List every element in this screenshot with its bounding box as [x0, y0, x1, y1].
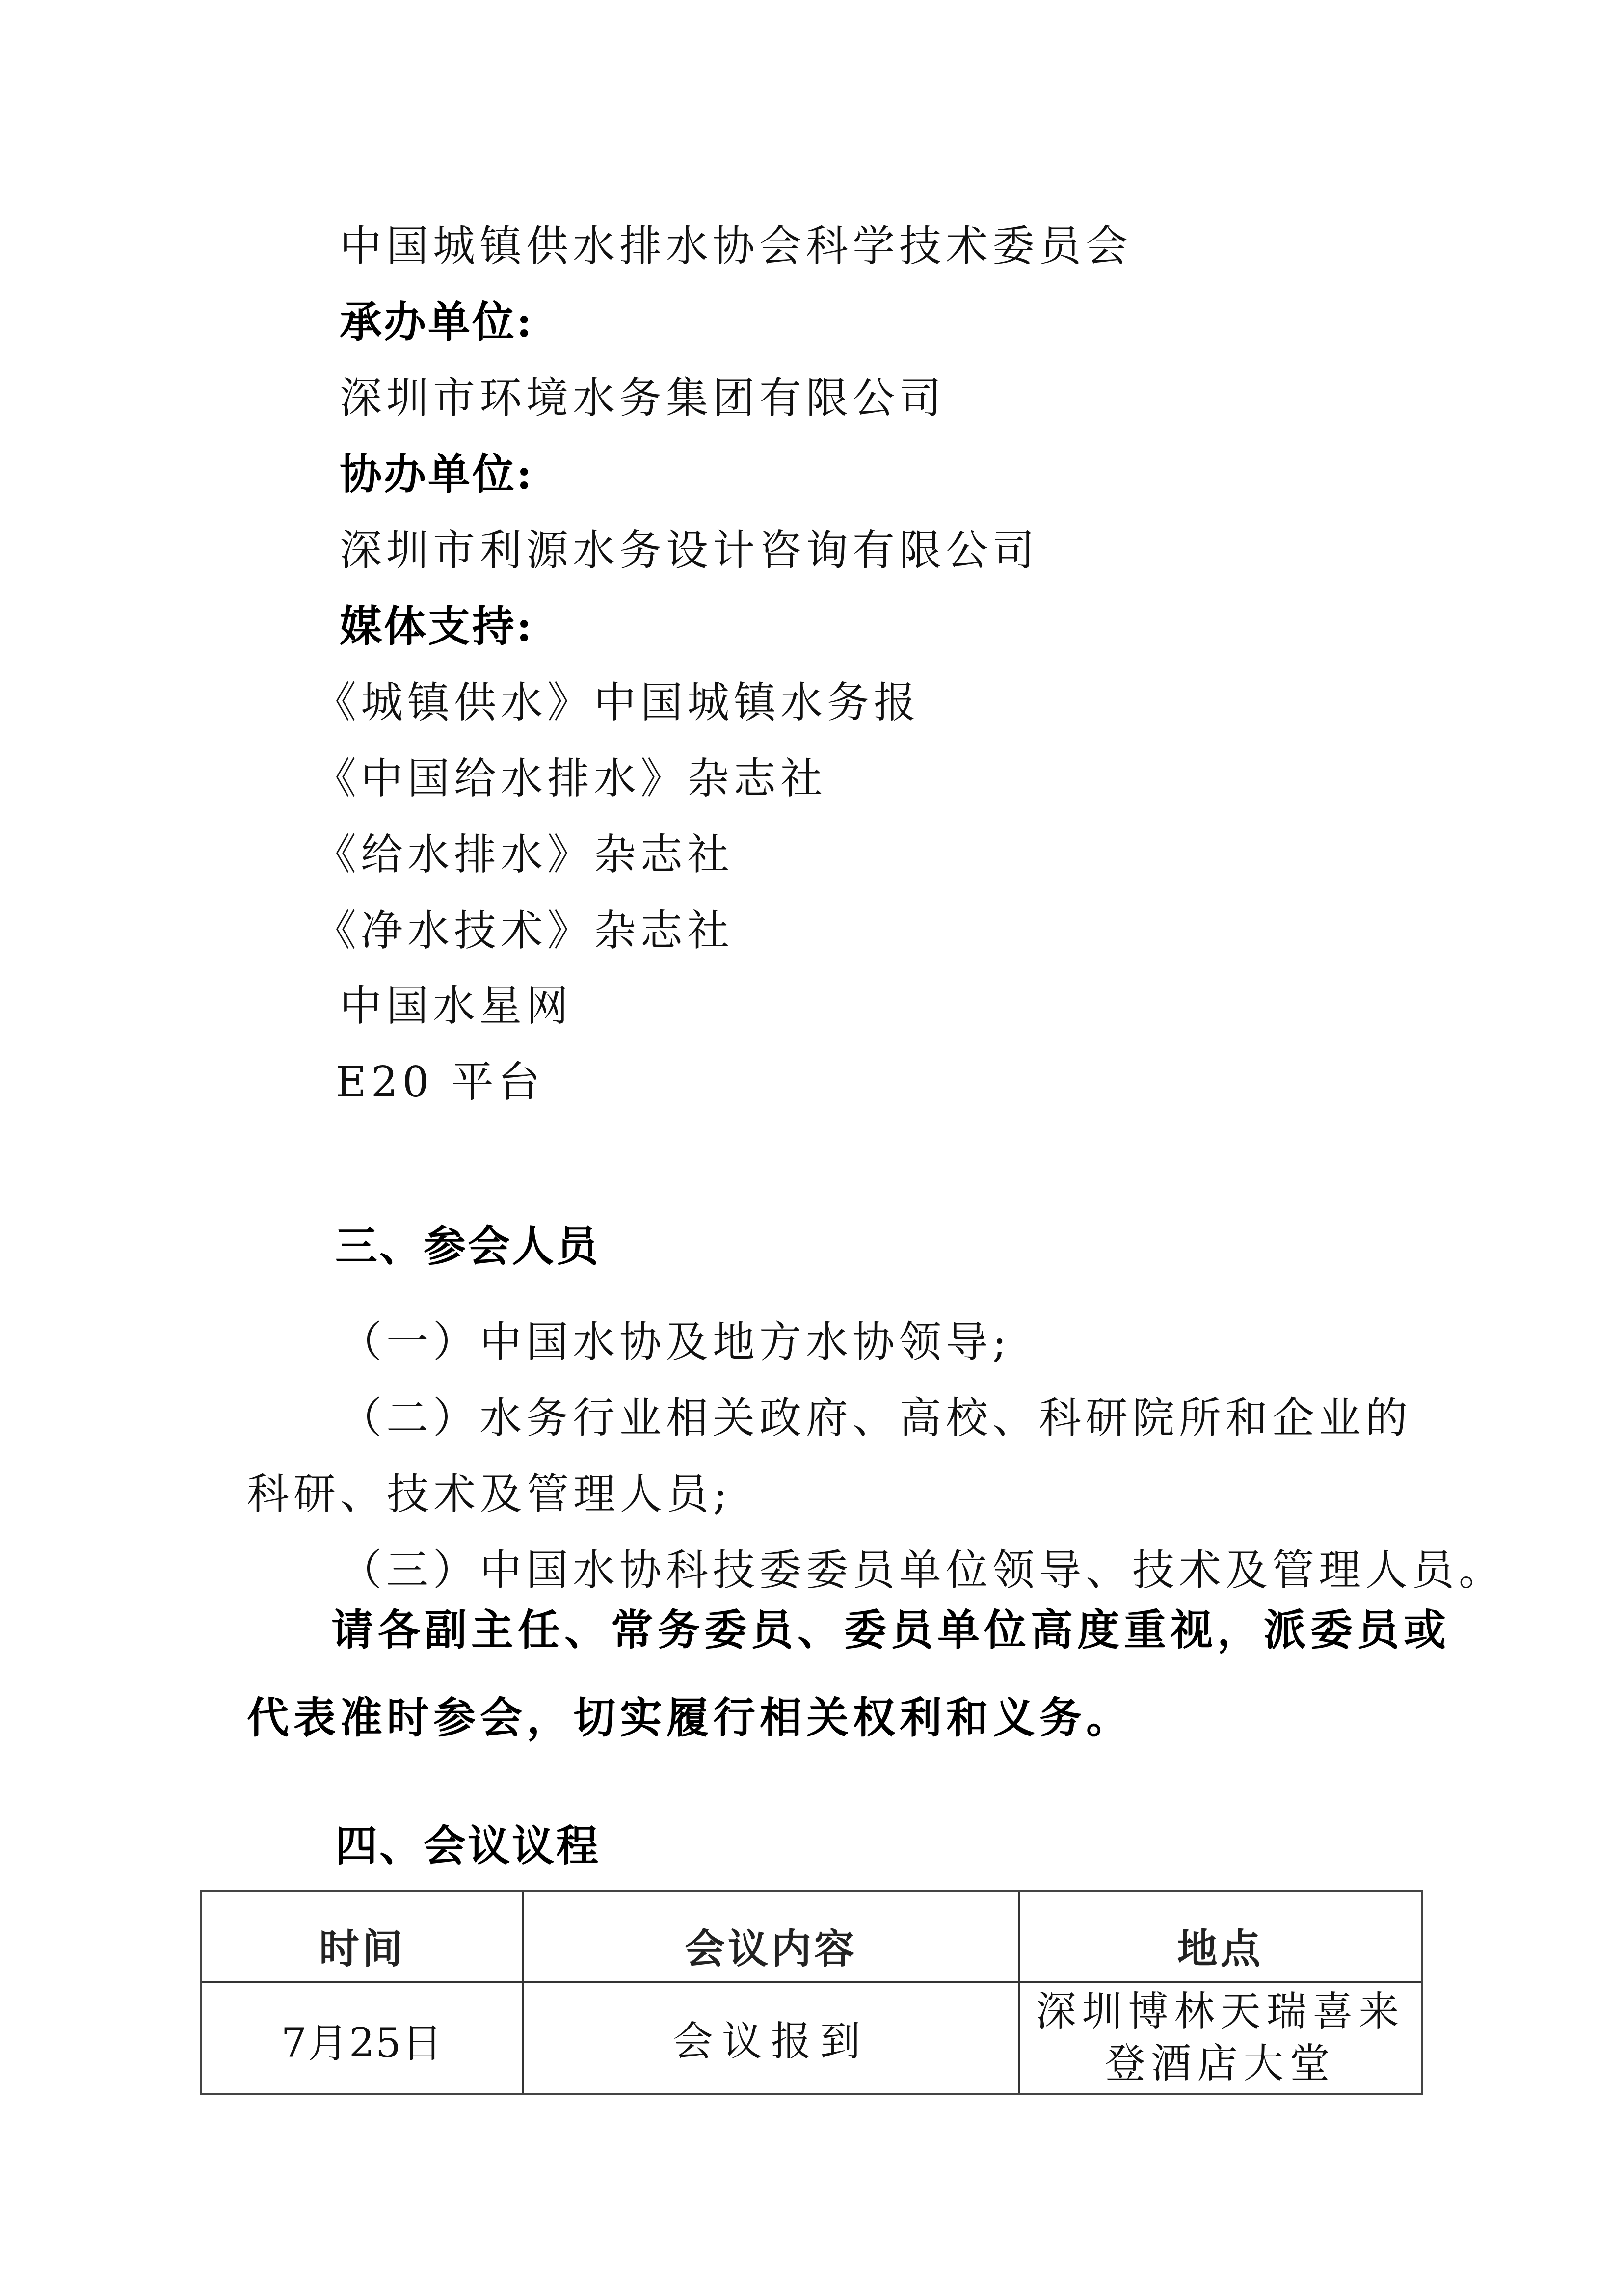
host-organization: 中国城镇供水排水协会科学技术委员会 [340, 222, 1132, 271]
column-header-content: 会议内容 [522, 1892, 1018, 1981]
undertaker-name: 深圳市环境水务集团有限公司 [340, 374, 946, 423]
table-row: 7月25日 会议报到 深圳博林天瑞喜来登酒店大堂 [202, 1983, 1421, 2093]
attendance-notice-line2: 代表准时参会，切实履行相关权利和义务。 [247, 1694, 1133, 1743]
attendee-item: （一）中国水协及地方水协领导; [340, 1318, 1011, 1367]
cell-location: 深圳博林天瑞喜来登酒店大堂 [1018, 1983, 1421, 2093]
attendee-item-continuation: 科研、技术及管理人员; [247, 1470, 732, 1519]
attendees-heading: 三、参会人员 [335, 1222, 600, 1271]
agenda-heading: 四、会议议程 [335, 1822, 600, 1871]
media-item: 《给水排水》杂志社 [314, 830, 734, 880]
attendee-item: （三）中国水协科技委委员单位领导、技术及管理人员。 [340, 1546, 1505, 1595]
media-support-label: 媒体支持: [340, 602, 534, 651]
media-item: 《净水技术》杂志社 [314, 907, 734, 956]
cell-time: 7月25日 [202, 1983, 522, 2093]
column-header-location: 地点 [1018, 1892, 1421, 1981]
agenda-table-header: 时间 会议内容 地点 [202, 1892, 1421, 1983]
attendee-item: （二）水务行业相关政府、高校、科研院所和企业的 [340, 1394, 1412, 1443]
co-organizer-name: 深圳市利源水务设计咨询有限公司 [340, 526, 1039, 575]
cell-content: 会议报到 [522, 1983, 1018, 2093]
media-item: 《城镇供水》中国城镇水务报 [314, 678, 920, 727]
undertaker-label: 承办单位: [340, 298, 534, 347]
media-item: 中国水星网 [340, 982, 573, 1031]
co-organizer-label: 协办单位: [340, 450, 534, 499]
column-header-time: 时间 [202, 1892, 522, 1981]
agenda-table: 时间 会议内容 地点 7月25日 会议报到 深圳博林天瑞喜来登酒店大堂 [200, 1890, 1423, 2095]
attendance-notice-line1: 请各副主任、常务委员、委员单位高度重视，派委员或 [331, 1606, 1450, 1655]
media-item: 《中国给水排水》杂志社 [314, 754, 827, 803]
media-item: E20 平台 [336, 1058, 545, 1107]
